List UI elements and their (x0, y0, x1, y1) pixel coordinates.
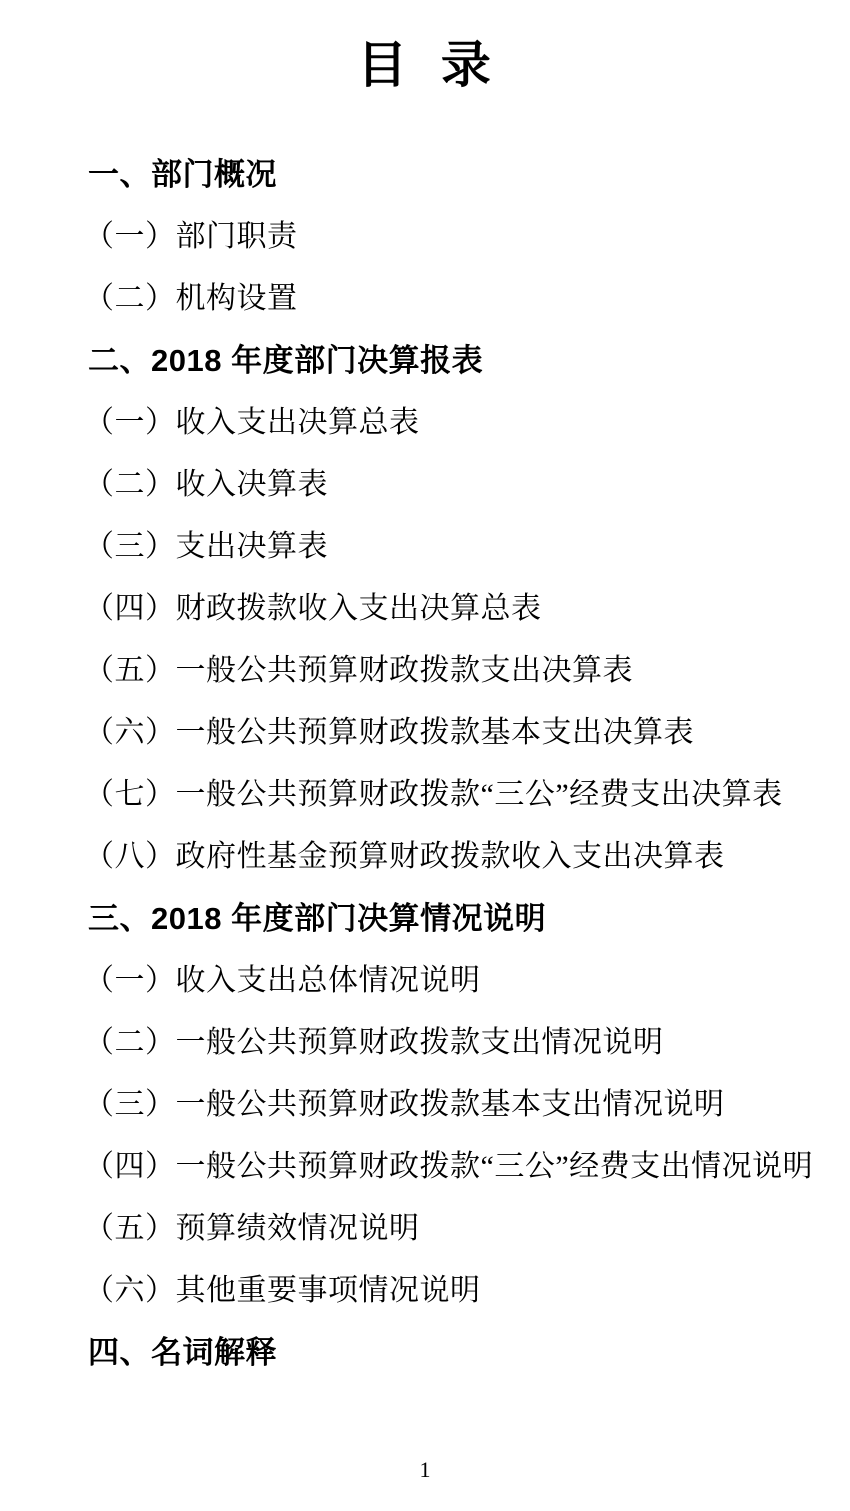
document-page: 目 录 一、部门概况 （一）部门职责 （二）机构设置 二、2018 年度部门决算… (0, 0, 850, 1511)
toc-item-2-1: （一）收入支出决算总表 (0, 388, 850, 450)
toc-item-2-7: （七）一般公共预算财政拨款“三公”经费支出决算表 (0, 760, 850, 822)
toc-item-1-1: （一）部门职责 (0, 202, 850, 264)
toc-item-3-4: （四）一般公共预算财政拨款“三公”经费支出情况说明 (0, 1132, 850, 1194)
toc-item-3-2: （二）一般公共预算财政拨款支出情况说明 (0, 1008, 850, 1070)
toc-item-3-1: （一）收入支出总体情况说明 (0, 946, 850, 1008)
toc-heading-3: 三、2018 年度部门决算情况说明 (0, 884, 850, 946)
toc-item-3-6: （六）其他重要事项情况说明 (0, 1256, 850, 1318)
toc-item-2-6: （六）一般公共预算财政拨款基本支出决算表 (0, 698, 850, 760)
toc-item-2-2: （二）收入决算表 (0, 450, 850, 512)
toc-item-2-8: （八）政府性基金预算财政拨款收入支出决算表 (0, 822, 850, 884)
page-number: 1 (0, 1457, 850, 1483)
toc-item-2-5: （五）一般公共预算财政拨款支出决算表 (0, 636, 850, 698)
toc-item-1-2: （二）机构设置 (0, 264, 850, 326)
toc-heading-1: 一、部门概况 (0, 140, 850, 202)
toc-heading-4: 四、名词解释 (0, 1318, 850, 1380)
toc-item-3-5: （五）预算绩效情况说明 (0, 1194, 850, 1256)
toc-item-2-4: （四）财政拨款收入支出决算总表 (0, 574, 850, 636)
toc-heading-2: 二、2018 年度部门决算报表 (0, 326, 850, 388)
page-title: 目 录 (0, 0, 850, 94)
table-of-contents: 一、部门概况 （一）部门职责 （二）机构设置 二、2018 年度部门决算报表 （… (0, 140, 850, 1380)
toc-item-2-3: （三）支出决算表 (0, 512, 850, 574)
toc-item-3-3: （三）一般公共预算财政拨款基本支出情况说明 (0, 1070, 850, 1132)
